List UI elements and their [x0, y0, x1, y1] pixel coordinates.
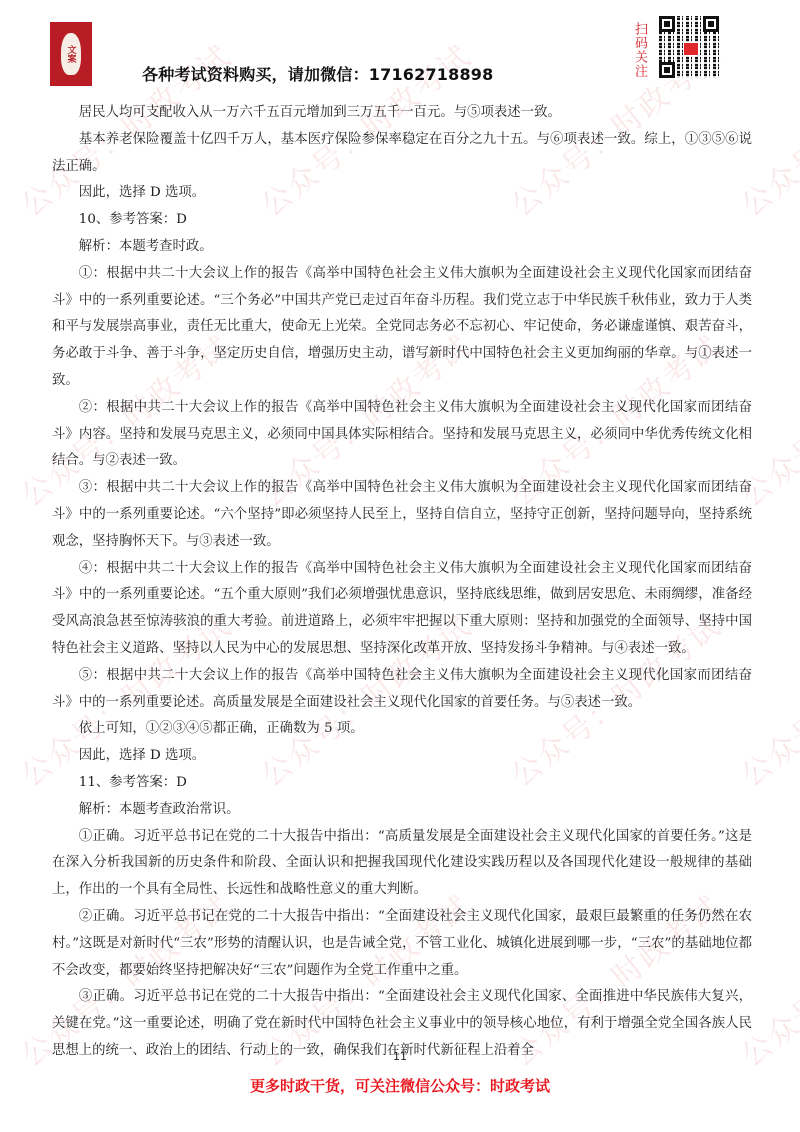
qr-finder-icon: [659, 16, 675, 32]
qr-finder-icon: [659, 62, 675, 78]
paragraph: 基本养老保险覆盖十亿四千万人，基本医疗保险参保率稳定在百分之九十五。与⑥项表述一…: [52, 127, 752, 181]
analysis-heading: 解析：本题考查时政。: [52, 234, 752, 261]
footer-promo: 更多时政干货，可关注微信公众号：时政考试: [0, 1075, 800, 1096]
seal-icon: 文案: [61, 33, 81, 75]
qr-center-logo-icon: [683, 42, 699, 56]
answer-heading: 11、参考答案：D: [52, 770, 752, 797]
page-footer: 11 更多时政干货，可关注微信公众号：时政考试: [0, 1050, 800, 1096]
page-number: 11: [0, 1050, 800, 1063]
header-title: 各种考试资料购买，请加微信：17162718898: [142, 62, 493, 85]
document-body: 居民人均可支配收入从一万六千五百元增加到三万五千一百元。与⑤项表述一致。 基本养…: [52, 100, 752, 1065]
brand-logo: 文案: [50, 22, 92, 86]
answer-heading: 10、参考答案：D: [52, 207, 752, 234]
paragraph: 依上可知，①②③④⑤都正确，正确数为 5 项。: [52, 716, 752, 743]
paragraph: 居民人均可支配收入从一万六千五百元增加到三万五千一百元。与⑤项表述一致。: [52, 100, 752, 127]
paragraph: ②正确。习近平总书记在党的二十大报告中指出：“全面建设社会主义现代化国家，最艰巨…: [52, 904, 752, 984]
paragraph: ①正确。习近平总书记在党的二十大报告中指出：“高质量发展是全面建设社会主义现代化…: [52, 824, 752, 904]
page-header: 文案 各种考试资料购买，请加微信：17162718898 扫码关注: [0, 0, 800, 95]
analysis-heading: 解析：本题考查政治常识。: [52, 797, 752, 824]
conclusion-line: 因此，选择 D 选项。: [52, 743, 752, 770]
paragraph: ④：根据中共二十大会议上作的报告《高举中国特色社会主义伟大旗帜为全面建设社会主义…: [52, 556, 752, 663]
conclusion-line: 因此，选择 D 选项。: [52, 180, 752, 207]
qr-finder-icon: [703, 16, 719, 32]
paragraph: ①：根据中共二十大会议上作的报告《高举中国特色社会主义伟大旗帜为全面建设社会主义…: [52, 261, 752, 395]
paragraph: ②：根据中共二十大会议上作的报告《高举中国特色社会主义伟大旗帜为全面建设社会主义…: [52, 395, 752, 475]
paragraph: ③：根据中共二十大会议上作的报告《高举中国特色社会主义伟大旗帜为全面建设社会主义…: [52, 475, 752, 555]
paragraph: ⑤：根据中共二十大会议上作的报告《高举中国特色社会主义伟大旗帜为全面建设社会主义…: [52, 663, 752, 717]
scan-to-follow-label: 扫码关注: [629, 22, 647, 78]
qr-code-icon[interactable]: [657, 14, 721, 80]
